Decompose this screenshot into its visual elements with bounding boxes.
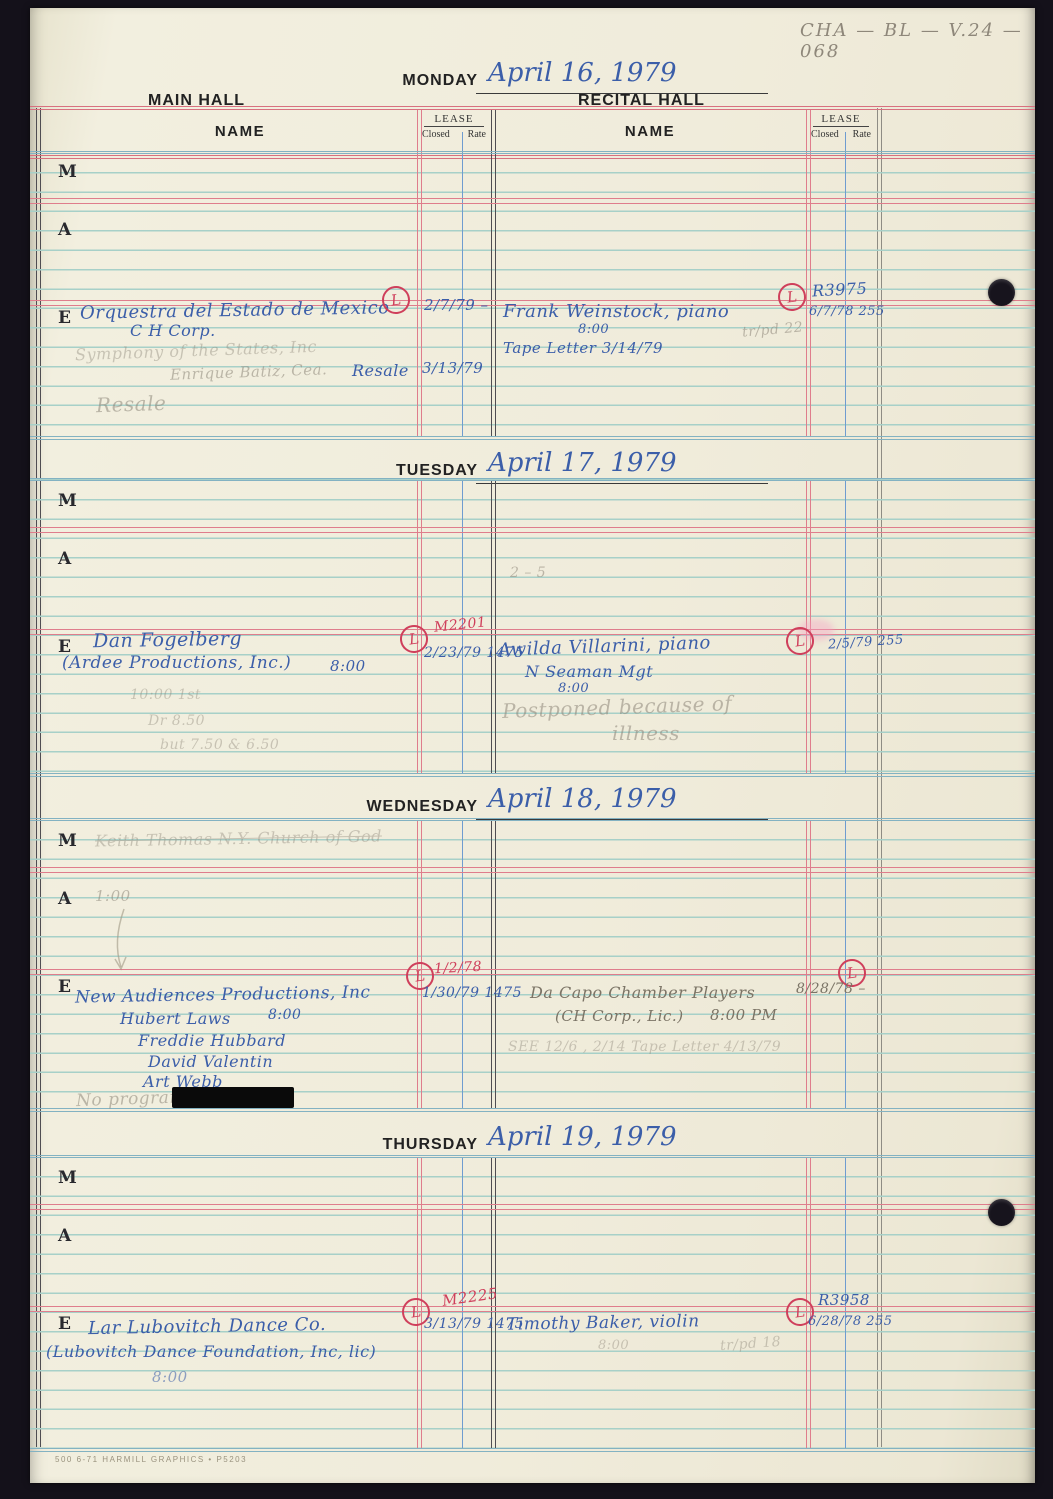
main-entry: C H Corp. <box>130 321 216 340</box>
price-note-pencil: Dr 8.50 <box>148 713 205 729</box>
lease-header: LEASE ClosedRate <box>807 110 875 155</box>
recital-entry: Timothy Baker, violin <box>506 1311 700 1334</box>
band-separator <box>30 527 1035 533</box>
recital-afternoon-pencil: 2 – 5 <box>510 565 546 581</box>
circled-l-mark: L <box>776 281 808 313</box>
row-label-afternoon: A <box>58 1226 71 1246</box>
lease-closed-date: 3/13/79 <box>422 359 483 377</box>
row-label-evening: E <box>58 977 71 997</box>
tape-letter-note: Tape Letter 3/14/79 <box>503 339 663 357</box>
lease-col-rule <box>806 821 811 1108</box>
main-entry-pencil: Enrique Batiz, Cea. <box>170 360 328 383</box>
punch-hole <box>988 1199 1015 1226</box>
band-separator <box>30 1204 1035 1210</box>
lease-label: LEASE <box>813 113 869 127</box>
afternoon-note-pencil: 1:00 <box>95 887 131 905</box>
recital-entry: Awilda Villarini, piano <box>498 632 711 660</box>
band-separator <box>30 198 1035 204</box>
thursday-grid: M A E L M2225 3/13/79 1475 Lar Lubovitch… <box>30 1155 1035 1452</box>
monday-grid: M A E Orquestra del Estado de Mexico L 2… <box>30 151 1035 440</box>
closed-rate-divider <box>462 154 463 436</box>
artist-name: Hubert Laws <box>120 1009 231 1028</box>
row-label-morning: M <box>58 162 77 182</box>
postponed-note-pencil: Postponed because of <box>502 691 733 723</box>
lease-col-rule <box>417 154 422 436</box>
main-entry: New Audiences Productions, Inc <box>75 982 371 1007</box>
time-note: 8:00 <box>268 1007 301 1023</box>
hall-divider-rule <box>491 110 496 155</box>
row-label-morning: M <box>58 831 77 851</box>
down-arrow-pencil <box>110 907 136 977</box>
resale-note: Resale <box>352 361 409 380</box>
row-label-evening: E <box>58 308 71 328</box>
management-note: N Seaman Mgt <box>525 662 653 681</box>
lease-closed-date: 6/28/78 255 <box>808 1314 893 1329</box>
day-label: MONDAY <box>240 72 478 90</box>
cancelled-entry-pencil: Keith Thomas N.Y. Church of God <box>95 826 382 850</box>
wednesday-grid: M A E Keith Thomas N.Y. Church of God 1:… <box>30 818 1035 1112</box>
redaction-bar <box>172 1087 294 1108</box>
punch-hole <box>988 279 1015 306</box>
day-date-handwritten: April 19, 1979 <box>488 1122 677 1152</box>
band-separator <box>30 867 1035 873</box>
reservation-code: R3975 <box>812 279 868 301</box>
price-note-pencil: but 7.50 & 6.50 <box>160 737 279 753</box>
main-entry: (Lubovitch Dance Foundation, Inc, lic) <box>46 1342 376 1361</box>
main-entry-pencil: Symphony of the States, Inc <box>75 337 318 364</box>
license-note: (CH Corp., Lic.) <box>555 1007 684 1025</box>
paper-sheet: CHA — BL — V.24 — 068 MONDAY April 16, 1… <box>30 8 1035 1483</box>
row-label-morning: M <box>58 491 77 511</box>
see-note-pencil: SEE 12/6 , 2/14 Tape Letter 4/13/79 <box>508 1039 781 1055</box>
lease-closed-date: 1/30/79 1475 <box>422 985 522 1001</box>
lease-closed-date: 8/28/78 – <box>796 981 866 997</box>
time-note: 8:00 PM <box>710 1006 777 1024</box>
hall-divider-rule <box>491 154 496 436</box>
time-note: 8:00 <box>578 322 609 337</box>
archive-page-code: CHA — BL — V.24 — 068 <box>800 20 1035 62</box>
lease-col-rule <box>806 154 811 436</box>
day-label: THURSDAY <box>240 1136 478 1154</box>
main-entry: Dan Fogelberg <box>93 628 242 653</box>
artist-name: David Valentin <box>148 1052 273 1071</box>
scanned-ledger-page: CHA — BL — V.24 — 068 MONDAY April 16, 1… <box>0 0 1053 1499</box>
lease-closed-date: 2/5/79 255 <box>828 632 905 652</box>
artist-name: Freddie Hubbard <box>138 1031 286 1050</box>
day-date-handwritten: April 18, 1979 <box>488 784 677 814</box>
payment-note-pencil: tr/pd 18 <box>720 1334 782 1354</box>
rate-label: Rate <box>468 129 486 140</box>
reservation-code: R3958 <box>818 1291 870 1309</box>
lease-closed-date: 6/7/78 255 <box>809 304 885 319</box>
recital-entry: Frank Weinstock, piano <box>503 301 729 322</box>
main-entry: Orquestra del Estado de Mexico <box>80 297 390 323</box>
time-note: 8:00 <box>330 657 366 675</box>
main-entry: Lar Lubovitch Dance Co. <box>88 1314 327 1339</box>
day-date-handwritten: April 17, 1979 <box>488 448 677 478</box>
closed-label: Closed <box>811 129 839 140</box>
band-separator <box>30 1306 1035 1312</box>
row-label-morning: M <box>58 1168 77 1188</box>
lease-closed-date: 2/7/79 – <box>424 296 489 314</box>
time-note: 8:00 <box>152 1368 188 1386</box>
day-label: WEDNESDAY <box>240 798 478 816</box>
reservation-code: 1/2/78 <box>434 959 483 977</box>
row-label-afternoon: A <box>58 889 71 909</box>
row-label-afternoon: A <box>58 220 71 240</box>
band-separator <box>30 969 1035 975</box>
payment-note-pencil: tr/pd 22 <box>741 319 803 340</box>
resale-note-pencil: Resale <box>96 391 167 417</box>
closed-rate-divider <box>845 481 846 773</box>
name-column-header: NAME <box>70 123 410 140</box>
name-column-header: NAME <box>500 123 800 140</box>
lease-label: LEASE <box>424 113 484 127</box>
main-entry: (Ardee Productions, Inc.) <box>62 653 291 673</box>
recital-entry: Da Capo Chamber Players <box>530 983 755 1002</box>
closed-label: Closed <box>422 129 450 140</box>
price-note-pencil: 10:00 1st <box>130 687 201 703</box>
lease-header: LEASE ClosedRate <box>418 110 490 155</box>
row-label-evening: E <box>58 1314 71 1334</box>
rate-label: Rate <box>853 129 871 140</box>
tuesday-grid: M A E 2 – 5 Dan Fogelberg L M2201 (Ardee… <box>30 478 1035 777</box>
hall-divider-rule <box>491 481 496 773</box>
postponed-note-pencil: illness <box>612 721 680 745</box>
row-label-afternoon: A <box>58 549 71 569</box>
day-date-handwritten: April 16, 1979 <box>488 58 677 88</box>
time-note-pencil: 8:00 <box>598 1338 629 1353</box>
hall-divider-rule <box>491 821 496 1108</box>
time-note: 8:00 <box>558 681 589 696</box>
printer-footer: 500 6-71 HARMILL GRAPHICS • P5203 <box>55 1455 247 1464</box>
